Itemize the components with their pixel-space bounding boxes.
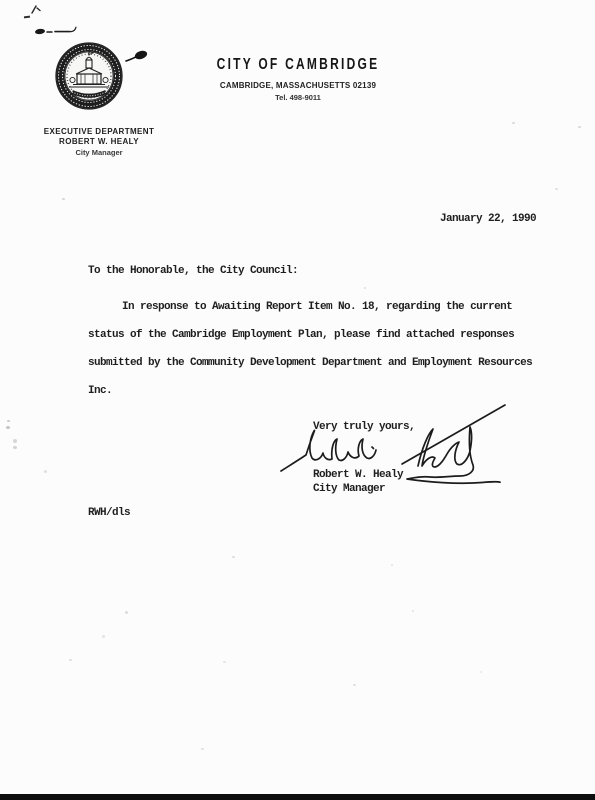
scan-speck bbox=[44, 470, 47, 473]
body-line: submitted by the Community Development D… bbox=[88, 356, 532, 370]
body-line: status of the Cambridge Employment Plan,… bbox=[88, 328, 514, 342]
city-seal bbox=[55, 42, 123, 110]
scan-speck bbox=[480, 671, 482, 673]
body-line: Inc. bbox=[88, 384, 112, 398]
scan-speck bbox=[391, 564, 393, 566]
pen-mark-dash bbox=[24, 16, 30, 19]
letterhead-manager-title: City Manager bbox=[24, 148, 174, 157]
scan-speck bbox=[364, 287, 366, 289]
letterhead-phone: Tel. 498-9011 bbox=[170, 93, 426, 102]
pen-mark-doodle bbox=[33, 25, 81, 38]
reference-initials: RWH/dls bbox=[88, 506, 130, 520]
letterhead-manager-name: ROBERT W. HEALY bbox=[24, 137, 174, 146]
letter-salutation: To the Honorable, the City Council: bbox=[88, 264, 298, 278]
signature-title: City Manager bbox=[313, 482, 385, 496]
letter-date: January 22, 1990 bbox=[440, 212, 536, 226]
scan-speck bbox=[201, 748, 204, 750]
scan-speck bbox=[232, 556, 235, 558]
scan-speck bbox=[125, 611, 128, 614]
scan-speck bbox=[69, 659, 72, 661]
scan-speck bbox=[555, 188, 558, 190]
scan-speck bbox=[6, 426, 10, 429]
scan-speck bbox=[62, 198, 65, 200]
letterhead-department: EXECUTIVE DEPARTMENT bbox=[24, 127, 174, 136]
scan-speck bbox=[13, 439, 17, 443]
scan-speck bbox=[13, 446, 17, 449]
letterhead-address: CAMBRIDGE, MASSACHUSETTS 02139 bbox=[170, 81, 426, 90]
scan-speck bbox=[512, 122, 515, 124]
ink-blob bbox=[124, 47, 150, 65]
scan-speck bbox=[353, 684, 356, 686]
body-line: In response to Awaiting Report Item No. … bbox=[122, 300, 512, 314]
letterhead-title: CITY OF CAMBRIDGE bbox=[202, 56, 394, 74]
scan-edge-bar bbox=[0, 794, 595, 800]
pen-mark-tick bbox=[28, 3, 42, 16]
scan-speck bbox=[223, 661, 226, 663]
scan-speck bbox=[7, 420, 10, 422]
scan-speck bbox=[102, 635, 105, 638]
scan-speck bbox=[412, 610, 414, 612]
scan-speck bbox=[578, 126, 581, 128]
signature-name: Robert W. Healy bbox=[313, 468, 403, 482]
